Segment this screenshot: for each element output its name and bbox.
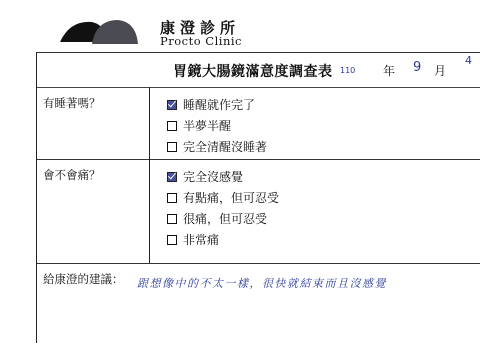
- question-label: 會不會痛？: [43, 167, 101, 183]
- checkbox-checked-icon[interactable]: [167, 100, 177, 110]
- question-cell: 有睡著嗎？: [37, 87, 150, 159]
- suggestion-row: 給康澄的建議： 跟想像中的不太一樣，很快就結束而且沒感覺: [37, 263, 480, 343]
- option-item[interactable]: 半夢半醒: [167, 115, 267, 136]
- option-item[interactable]: 完全清醒沒睡著: [167, 136, 267, 157]
- option-label: 完全清醒沒睡著: [183, 138, 267, 155]
- option-label: 半夢半醒: [183, 117, 231, 134]
- option-label: 完全沒感覺: [183, 168, 243, 185]
- checkbox-icon[interactable]: [167, 214, 177, 224]
- checkbox-icon[interactable]: [167, 121, 177, 131]
- option-item[interactable]: 非常痛: [167, 229, 279, 250]
- option-label: 非常痛: [183, 231, 219, 248]
- checkbox-checked-icon[interactable]: [167, 172, 177, 182]
- options-list: 完全沒感覺 有點痛，但可忍受 很痛，但可忍受 非常痛: [167, 166, 279, 250]
- options-list: 睡醒就作完了 半夢半醒 完全清醒沒睡著: [167, 94, 267, 157]
- option-item[interactable]: 完全沒感覺: [167, 166, 279, 187]
- title-row: 胃鏡大腸鏡滿意度調查表 110 年 9 月 4: [37, 53, 480, 88]
- question-row-pain: 會不會痛？ 完全沒感覺 有點痛，但可忍受 很痛，但可忍受 非常痛: [37, 159, 480, 264]
- suggestion-label: 給康澄的建議：: [43, 271, 124, 287]
- day-value[interactable]: 4: [465, 54, 472, 67]
- question-row-sleep: 有睡著嗎？ 睡醒就作完了 半夢半醒 完全清醒沒睡著: [37, 87, 480, 160]
- year-value[interactable]: 110: [340, 66, 355, 75]
- clinic-logo-icon: [58, 16, 140, 46]
- clinic-name-en: Procto Clinic: [160, 34, 242, 48]
- option-item[interactable]: 有點痛，但可忍受: [167, 187, 279, 208]
- checkbox-icon[interactable]: [167, 235, 177, 245]
- option-item[interactable]: 睡醒就作完了: [167, 94, 267, 115]
- checkbox-icon[interactable]: [167, 142, 177, 152]
- option-label: 很痛，但可忍受: [183, 210, 267, 227]
- question-cell: 會不會痛？: [37, 159, 150, 263]
- checkbox-icon[interactable]: [167, 193, 177, 203]
- month-label: 月: [434, 62, 446, 79]
- month-value[interactable]: 9: [413, 60, 421, 75]
- option-item[interactable]: 很痛，但可忍受: [167, 208, 279, 229]
- option-label: 睡醒就作完了: [183, 96, 255, 113]
- question-label: 有睡著嗎？: [43, 95, 101, 111]
- form-title: 胃鏡大腸鏡滿意度調查表: [173, 61, 333, 81]
- option-label: 有點痛，但可忍受: [183, 189, 279, 206]
- survey-form: 胃鏡大腸鏡滿意度調查表 110 年 9 月 4 有睡著嗎？ 睡醒就作完了 半夢半…: [36, 52, 480, 343]
- year-label: 年: [383, 62, 395, 79]
- suggestion-handwritten-text[interactable]: 跟想像中的不太一樣，很快就結束而且沒感覺: [137, 275, 387, 291]
